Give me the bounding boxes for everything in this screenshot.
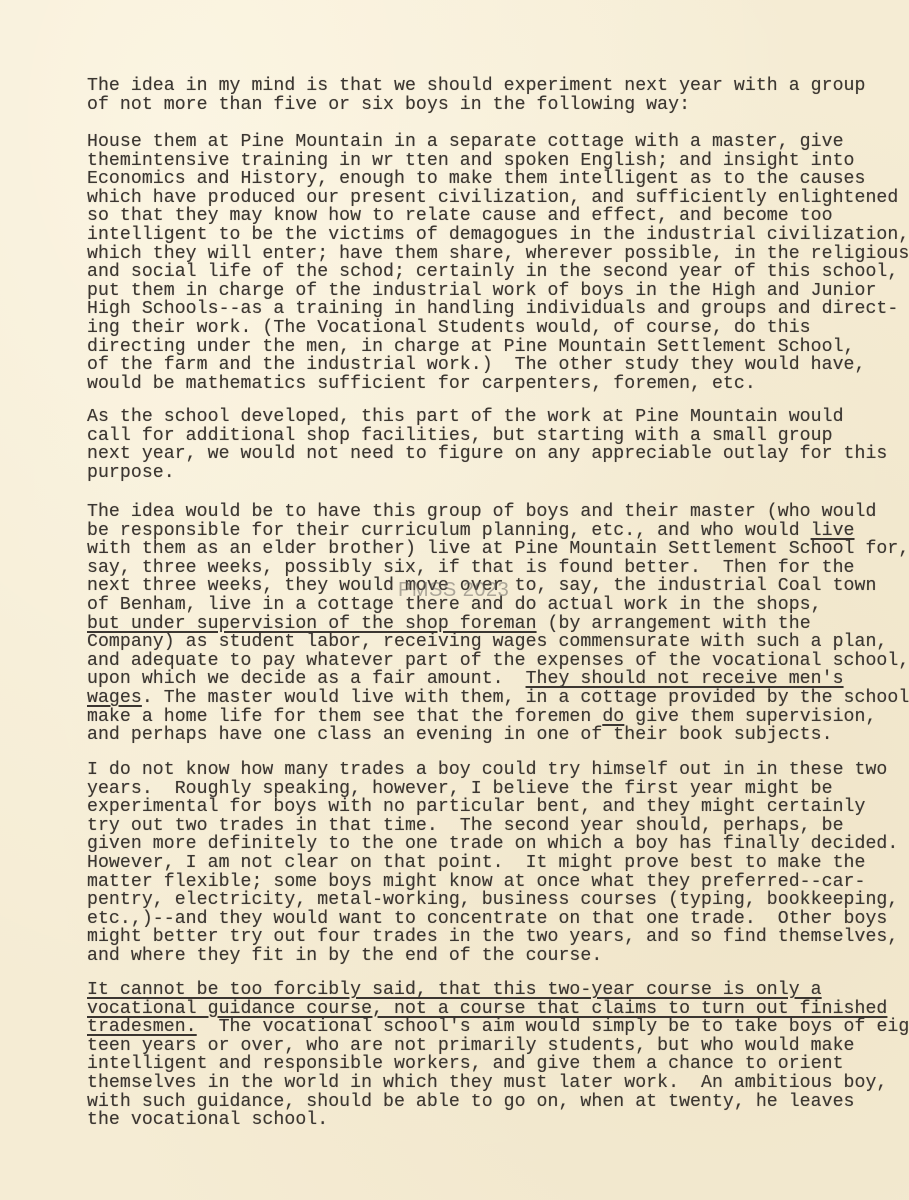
text-segment: with them as an elder brother) live at P… bbox=[87, 539, 909, 559]
text-segment: intelligent to be the victims of demagog… bbox=[87, 225, 909, 245]
text-segment: teen years or over, who are not primaril… bbox=[87, 1036, 855, 1056]
text-segment: themselves in the world in which they mu… bbox=[87, 1073, 887, 1093]
text-line: matter flexible; some boys might know at… bbox=[87, 873, 909, 892]
text-line: intelligent and responsible workers, and… bbox=[87, 1055, 909, 1074]
text-line: Company) as student labor, receiving wag… bbox=[87, 633, 909, 652]
text-line: make a home life for them see that the f… bbox=[87, 708, 909, 727]
text-line: of the farm and the industrial work.) Th… bbox=[87, 356, 909, 375]
text-line: etc.,)--and they would want to concentra… bbox=[87, 910, 909, 929]
text-line: and perhaps have one class an evening in… bbox=[87, 726, 909, 745]
text-line: However, I am not clear on that point. I… bbox=[87, 854, 909, 873]
text-line: which they will enter; have them share, … bbox=[87, 245, 909, 264]
text-segment: upon which we decide as a fair amount. bbox=[87, 669, 526, 689]
text-line: ing their work. (The Vocational Students… bbox=[87, 319, 909, 338]
text-segment: etc.,)--and they would want to concentra… bbox=[87, 909, 887, 929]
text-segment: and perhaps have one class an evening in… bbox=[87, 725, 833, 745]
text-segment: pentry, electricity, metal-working, busi… bbox=[87, 890, 898, 910]
text-line: next year, we would not need to figure o… bbox=[87, 445, 909, 464]
text-line: years. Roughly speaking, however, I beli… bbox=[87, 780, 909, 799]
text-line: so that they may know how to relate caus… bbox=[87, 207, 909, 226]
text-segment: might better try out four trades in the … bbox=[87, 927, 898, 947]
text-line: intelligent to be the victims of demagog… bbox=[87, 226, 909, 245]
text-segment: The idea in my mind is that we should ex… bbox=[87, 76, 865, 96]
text-line: tradesmen. The vocational school's aim w… bbox=[87, 1018, 909, 1037]
text-line: the vocational school. bbox=[87, 1111, 909, 1130]
text-segment: ing their work. (The Vocational Students… bbox=[87, 318, 811, 338]
text-line: say, three weeks, possibly six, if that … bbox=[87, 559, 909, 578]
text-line: try out two trades in that time. The sec… bbox=[87, 817, 909, 836]
underlined-text: do bbox=[602, 707, 624, 727]
text-line: and adequate to pay whatever part of the… bbox=[87, 652, 909, 671]
text-segment: . The master would live with them, in a … bbox=[142, 688, 909, 708]
paragraph: House them at Pine Mountain in a separat… bbox=[87, 133, 909, 393]
text-line: next three weeks, they would move over t… bbox=[87, 577, 909, 596]
text-segment: purpose. bbox=[87, 463, 175, 483]
text-line: be responsible for their curriculum plan… bbox=[87, 522, 909, 541]
text-segment: make a home life for them see that the f… bbox=[87, 707, 602, 727]
text-segment: of not more than five or six boys in the… bbox=[87, 95, 690, 115]
text-line: of not more than five or six boys in the… bbox=[87, 96, 909, 115]
paragraph: I do not know how many trades a boy coul… bbox=[87, 761, 909, 966]
text-line: pentry, electricity, metal-working, busi… bbox=[87, 891, 909, 910]
text-line: upon which we decide as a fair amount. T… bbox=[87, 670, 909, 689]
text-segment: with such guidance, should be able to go… bbox=[87, 1092, 855, 1112]
underlined-text: It cannot be too forcibly said, that thi… bbox=[87, 980, 822, 1000]
text-segment: However, I am not clear on that point. I… bbox=[87, 853, 865, 873]
text-line: and where they fit in by the end of the … bbox=[87, 947, 909, 966]
text-line: The idea would be to have this group of … bbox=[87, 503, 909, 522]
text-segment: next three weeks, they would move over t… bbox=[87, 576, 876, 596]
paragraph: As the school developed, this part of th… bbox=[87, 408, 909, 482]
text-segment: directing under the men, in charge at Pi… bbox=[87, 337, 855, 357]
text-segment: As the school developed, this part of th… bbox=[87, 407, 844, 427]
text-segment: say, three weeks, possibly six, if that … bbox=[87, 558, 855, 578]
text-segment: The vocational school's aim would simply… bbox=[197, 1017, 909, 1037]
text-segment: call for additional shop facilities, but… bbox=[87, 426, 833, 446]
text-line: experimental for boys with no particular… bbox=[87, 798, 909, 817]
underlined-text: They should not receive men's bbox=[526, 669, 844, 689]
text-line: directing under the men, in charge at Pi… bbox=[87, 338, 909, 357]
text-line: call for additional shop facilities, but… bbox=[87, 427, 909, 446]
paragraph: It cannot be too forcibly said, that thi… bbox=[87, 981, 909, 1130]
text-segment: and adequate to pay whatever part of the… bbox=[87, 651, 909, 671]
text-line: vocational guidance course, not a course… bbox=[87, 1000, 909, 1019]
underlined-text: but under supervision of the shop forema… bbox=[87, 614, 537, 634]
text-line: and social life of the schod; certainly … bbox=[87, 263, 909, 282]
text-segment: which they will enter; have them share, … bbox=[87, 244, 909, 264]
text-line: of Benham, live in a cottage there and d… bbox=[87, 596, 909, 615]
typed-document-page: The idea in my mind is that we should ex… bbox=[0, 0, 909, 1200]
text-line: with them as an elder brother) live at P… bbox=[87, 540, 909, 559]
text-line: themintensive training in wr tten and sp… bbox=[87, 152, 909, 171]
paragraph: The idea would be to have this group of … bbox=[87, 503, 909, 745]
text-segment: matter flexible; some boys might know at… bbox=[87, 872, 865, 892]
text-segment: experimental for boys with no particular… bbox=[87, 797, 865, 817]
text-line: wages. The master would live with them, … bbox=[87, 689, 909, 708]
underlined-text: live bbox=[811, 521, 855, 541]
text-line: The idea in my mind is that we should ex… bbox=[87, 77, 909, 96]
text-line: teen years or over, who are not primaril… bbox=[87, 1037, 909, 1056]
text-segment: and social life of the schod; certainly … bbox=[87, 262, 898, 282]
underlined-text: wages bbox=[87, 688, 142, 708]
text-segment: of Benham, live in a cottage there and d… bbox=[87, 595, 822, 615]
text-segment: Company) as student labor, receiving wag… bbox=[87, 632, 887, 652]
paragraph: The idea in my mind is that we should ex… bbox=[87, 77, 909, 114]
text-segment: The idea would be to have this group of … bbox=[87, 502, 876, 522]
text-segment: be responsible for their curriculum plan… bbox=[87, 521, 811, 541]
underlined-text: tradesmen. bbox=[87, 1017, 197, 1037]
text-segment: House them at Pine Mountain in a separat… bbox=[87, 132, 844, 152]
text-line: As the school developed, this part of th… bbox=[87, 408, 909, 427]
text-line: I do not know how many trades a boy coul… bbox=[87, 761, 909, 780]
text-line: put them in charge of the industrial wor… bbox=[87, 282, 909, 301]
text-line: might better try out four trades in the … bbox=[87, 928, 909, 947]
text-line: House them at Pine Mountain in a separat… bbox=[87, 133, 909, 152]
text-segment: Economics and History, enough to make th… bbox=[87, 169, 865, 189]
text-line: given more definitely to the one trade o… bbox=[87, 835, 909, 854]
text-segment: (by arrangement with the bbox=[537, 614, 811, 634]
text-segment: years. Roughly speaking, however, I beli… bbox=[87, 779, 833, 799]
text-line: with such guidance, should be able to go… bbox=[87, 1093, 909, 1112]
text-segment: try out two trades in that time. The sec… bbox=[87, 816, 844, 836]
text-line: but under supervision of the shop forema… bbox=[87, 615, 909, 634]
text-segment: themintensive training in wr tten and sp… bbox=[87, 151, 855, 171]
text-segment: so that they may know how to relate caus… bbox=[87, 206, 833, 226]
text-segment: would be mathematics sufficient for carp… bbox=[87, 374, 756, 394]
text-line: High Schools--as a training in handling … bbox=[87, 300, 909, 319]
text-segment: given more definitely to the one trade o… bbox=[87, 834, 898, 854]
underlined-text: vocational guidance course, not a course… bbox=[87, 999, 887, 1019]
text-segment: the vocational school. bbox=[87, 1110, 328, 1130]
text-segment: put them in charge of the industrial wor… bbox=[87, 281, 876, 301]
text-segment: and where they fit in by the end of the … bbox=[87, 946, 602, 966]
text-line: Economics and History, enough to make th… bbox=[87, 170, 909, 189]
text-segment: intelligent and responsible workers, and… bbox=[87, 1054, 844, 1074]
text-segment: give them supervision, bbox=[624, 707, 876, 727]
text-line: which have produced our present civiliza… bbox=[87, 189, 909, 208]
text-line: themselves in the world in which they mu… bbox=[87, 1074, 909, 1093]
text-segment: which have produced our present civiliza… bbox=[87, 188, 898, 208]
text-line: It cannot be too forcibly said, that thi… bbox=[87, 981, 909, 1000]
text-segment: next year, we would not need to figure o… bbox=[87, 444, 887, 464]
text-line: purpose. bbox=[87, 464, 909, 483]
text-line: would be mathematics sufficient for carp… bbox=[87, 375, 909, 394]
text-segment: of the farm and the industrial work.) Th… bbox=[87, 355, 865, 375]
text-segment: I do not know how many trades a boy coul… bbox=[87, 760, 887, 780]
text-segment: High Schools--as a training in handling … bbox=[87, 299, 898, 319]
